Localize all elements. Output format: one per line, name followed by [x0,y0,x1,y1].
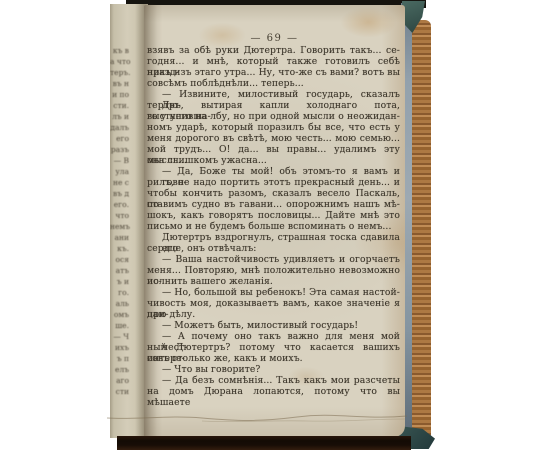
gutter-shadow [135,4,157,438]
text-line: меня... Повторяю, мнѣ положительно невоз… [147,265,400,276]
left-page-text-fragment: далъ [110,122,131,133]
text-line: никъ изъ этаго утра... Ну, что-же съ вам… [147,67,400,78]
text-line: — Извините, милостивый государь, сказалъ… [147,89,400,100]
book-photo: къ ва чтотеръ.въ ни пости.лъ идалъегораз… [0,0,550,450]
left-page-text-fragment: къ в [110,45,131,56]
text-line: го у него на лбу, но при одной мысли о н… [147,111,400,122]
text-line: — Да безъ сомнѣнія... Такъ какъ мои разс… [147,375,400,386]
text-line: мой трудъ... О! да... вы правы... удалим… [147,144,400,155]
text-line: меня дорогого въ свѣтѣ, мою честь... мою… [147,133,400,144]
left-page-text-fragment: что [110,210,131,221]
page-crease [107,410,409,426]
text-line: годня... и мнѣ, который также готовилъ с… [147,56,400,67]
text-line: шокъ, какъ говорятъ пословицы... Дайте м… [147,210,400,221]
text-line: на домъ Дюрана лопаются, потому что вы м… [147,386,400,397]
left-page-text-fragment: разъ [110,144,131,155]
left-page-text-fragment: а что [110,56,131,67]
text-line: взявъ за обѣ руки Дютертра. Говорить так… [147,45,400,56]
left-page-text-fragment: елъ [110,364,131,375]
left-page-text-fragment: — Ч [110,331,131,342]
text-line: даю дѣлу. [147,309,400,320]
left-page-text-fragment: аго [110,375,131,386]
book-bottom-edge [117,436,411,450]
text-line: ный Дютертръ? потому что касается вашихъ… [147,342,400,353]
text-line: чтобы кончить разомъ, сказалъ весело Пас… [147,188,400,199]
text-line: сердце, онъ отвѣчалъ: [147,243,400,254]
left-page-text-fragment: сти [110,386,131,397]
left-page-text-fragment: его. [110,199,131,210]
left-page-text-fragment: въ н [110,78,131,89]
text-line: — Но, большой вы ребенокъ! Эта самая нас… [147,287,400,298]
page-text: взявъ за обѣ руки Дютертра. Говорить так… [147,45,400,397]
left-page-text-fragment: — В [110,155,131,166]
left-page-text-fragment: ъ и [110,276,131,287]
left-page-text-fragment: къ. [110,243,131,254]
text-line: она слишкомъ ужасна... [147,155,400,166]
text-line: Дютертръ вздрогнулъ, страшная тоска сдав… [147,232,400,243]
left-page-text-column: къ ва чтотеръ.въ ни пости.лъ идалъегораз… [110,45,131,397]
text-line: — Да, Боже ты мой! объ этомъ-то я вамъ и… [147,166,400,177]
left-page-text-fragment: ше. [110,320,131,331]
left-page-text-fragment: въ д [110,188,131,199]
left-page-text-fragment: сти. [110,100,131,111]
left-page-text-fragment: ула [110,166,131,177]
left-page-text-fragment: теръ. [110,67,131,78]
left-page-text-fragment: атъ [110,265,131,276]
text-line: — Можетъ быть, милостивый государь! [147,320,400,331]
left-page-text-fragment: ъ п [110,353,131,364]
left-page-text-fragment: аль [110,298,131,309]
text-line: совсѣмъ поблѣднѣли... теперь... [147,78,400,89]
text-line: ставимъ судно въ гавани... опорожнимъ на… [147,199,400,210]
left-page-text-fragment: го. [110,287,131,298]
text-line: полнить вашего желанія. [147,276,400,287]
page-number: — 69 — [144,33,405,44]
left-page-text-fragment: ихъ [110,342,131,353]
left-page-text-fragment: ося [110,254,131,265]
text-line: — А почему оно такъ важно для меня мой ч… [147,331,400,342]
left-page-text-fragment: омъ [110,309,131,320]
left-page-text-fragment: его [110,133,131,144]
left-page-text-fragment: немъ [110,221,131,232]
text-line: — Ваша настойчивость удивляетъ и огорчае… [147,254,400,265]
left-page-text-fragment: и по [110,89,131,100]
text-line: тертръ, вытирая капли холоднаго пота, вы… [147,100,400,111]
left-page-text-fragment: лъ и [110,111,131,122]
book-page-stack-edge [412,20,431,444]
text-line: номъ ударѣ, который поразилъ бы все, что… [147,122,400,133]
left-page-text-fragment: ани [110,232,131,243]
text-line: — Что вы говорите? [147,364,400,375]
left-page-text-fragment: не с [110,177,131,188]
text-line: чивость моя, доказываетъ вамъ, какое зна… [147,298,400,309]
text-line: письмо и не будемъ больше вспоминать о н… [147,221,400,232]
text-line: рилъ, не надо портить этотъ прекрасный д… [147,177,400,188]
text-line: совъ столько же, какъ и моихъ. [147,353,400,364]
book-page: — 69 — взявъ за обѣ руки Дютертра. Говор… [144,5,405,437]
